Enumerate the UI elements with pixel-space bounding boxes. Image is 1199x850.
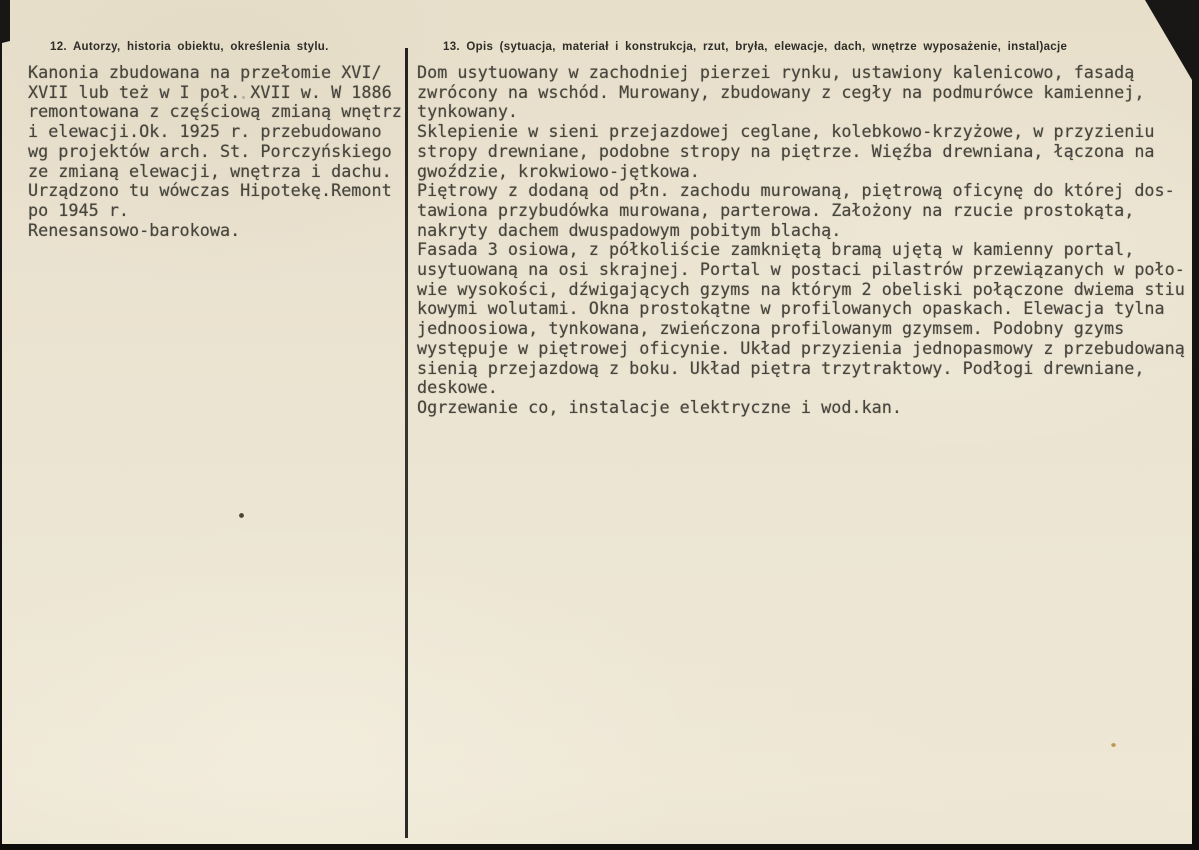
text-line: wg projektów arch. St. Porczyńskiego: [28, 142, 408, 162]
text-line: Fasada 3 osiowa, z półkoliście zamkniętą…: [417, 240, 1197, 260]
text-line: Urządzono tu wówczas Hipotekę.Remont: [28, 181, 408, 201]
record-card-paper: 12. Autorzy, historia obiektu, określeni…: [0, 0, 1199, 850]
text-line: Ogrzewanie co, instalacje elektryczne i …: [417, 398, 1197, 418]
text-line: usytuowaną na osi skrajnej. Portal w pos…: [417, 260, 1197, 280]
section-12-header: 12. Autorzy, historia obiektu, określeni…: [50, 41, 329, 53]
text-line: gwoździe, krokwiowo-jętkowa.: [417, 162, 1197, 182]
paper-stain-speck: [1111, 743, 1116, 747]
section-13-typed-text: Dom usytuowany w zachodniej pierzei rynk…: [417, 63, 1197, 418]
text-line: ze zmianą elewacji, wnętrza i dachu.: [28, 162, 408, 182]
text-line: zwrócony na wschód. Murowany, zbudowany …: [417, 83, 1197, 103]
text-line: Piętrowy z dodaną od płn. zachodu murowa…: [417, 181, 1197, 201]
text-line: jednoosiowa, tynkowana, zwieńczona profi…: [417, 319, 1197, 339]
text-line: stropy drewniane, podobne stropy na pięt…: [417, 142, 1197, 162]
text-line: remontowana z częściową zmianą wnętrz: [28, 102, 408, 122]
text-line: Renesansowo-barokowa.: [28, 221, 408, 241]
text-line: Kanonia zbudowana na przełomie XVI/: [28, 63, 408, 83]
text-line: sienią przejazdową z boku. Układ piętra …: [417, 359, 1197, 379]
ink-speck: [239, 513, 244, 518]
text-line: tynkowany.: [417, 102, 1197, 122]
text-line: nakryty dachem dwuspadowym pobitym blach…: [417, 221, 1197, 241]
text-line: XVII lub też w I poł. XVII w. W 1886: [28, 83, 408, 103]
text-line: i elewacji.Ok. 1925 r. przebudowano: [28, 122, 408, 142]
text-line: tawiona przybudówka murowana, parterowa.…: [417, 201, 1197, 221]
text-line: Dom usytuowany w zachodniej pierzei rynk…: [417, 63, 1197, 83]
section-12-typed-text: Kanonia zbudowana na przełomie XVI/XVII …: [28, 63, 408, 240]
section-13-header: 13. Opis (sytuacja, materiał i konstrukc…: [443, 41, 1067, 53]
text-line: Sklepienie w sieni przejazdowej ceglane,…: [417, 122, 1197, 142]
text-line: wie wysokości, dźwigających gzyms na któ…: [417, 280, 1197, 300]
scan-background: 12. Autorzy, historia obiektu, określeni…: [0, 0, 1199, 850]
text-line: występuje w piętrowej oficynie. Układ pr…: [417, 339, 1197, 359]
text-line: kowymi wolutami. Okna prostokątne w prof…: [417, 299, 1197, 319]
text-line: po 1945 r.: [28, 201, 408, 221]
text-line: deskowe.: [417, 378, 1197, 398]
